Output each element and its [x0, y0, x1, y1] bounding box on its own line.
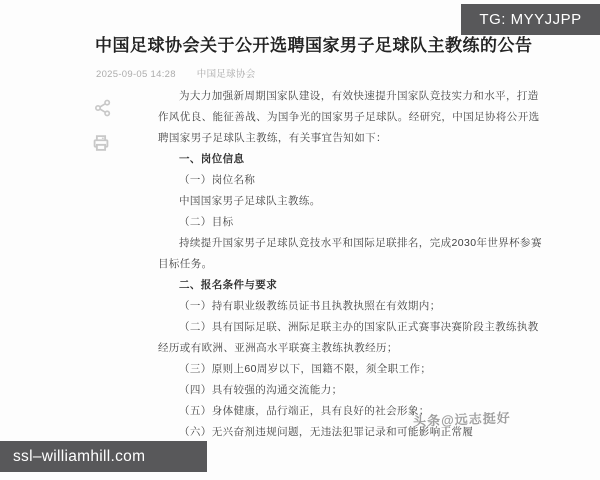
ssl-watermark-badge: ssl–williamhill.com — [0, 441, 207, 472]
list-item: （三）原则上60周岁以下，国籍不限，须全职工作； — [158, 359, 548, 380]
article-title: 中国足球协会关于公开选聘国家男子足球队主教练的公告 — [95, 34, 535, 58]
list-item: （四）具有较强的沟通交流能力； — [158, 380, 548, 401]
list-item: （一）持有职业级教练员证书且执教执照在有效期内； — [158, 296, 548, 317]
article-paragraph: 为大力加强新周期国家队建设，有效快速提升国家队竞技实力和水平，打造作风优良、能征… — [158, 86, 548, 149]
list-item: （六）无兴奋剂违规问题，无违法犯罪记录和可能影响正常履 — [158, 422, 548, 443]
share-button[interactable] — [90, 95, 116, 121]
list-item: （二）目标 — [158, 212, 548, 233]
article-page: 中国足球协会关于公开选聘国家男子足球队主教练的公告 2025-09-05 14:… — [0, 0, 600, 480]
source-name[interactable]: 中国足球协会 — [197, 69, 256, 80]
section-heading: 二、报名条件与要求 — [158, 275, 548, 296]
print-button[interactable] — [88, 130, 114, 156]
section-heading: 一、岗位信息 — [158, 149, 548, 170]
list-item: （五）身体健康，品行端正，具有良好的社会形象； — [158, 401, 548, 422]
article-body: 为大力加强新周期国家队建设，有效快速提升国家队竞技实力和水平，打造作风优良、能征… — [158, 86, 548, 443]
tg-watermark-badge: TG: MYYJJPP — [461, 4, 600, 35]
article-paragraph: 中国国家男子足球队主教练。 — [158, 191, 548, 212]
printer-icon — [90, 132, 112, 154]
article-paragraph: 持续提升国家男子足球队竞技水平和国际足联排名，完成2030年世界杯参赛目标任务。 — [158, 233, 548, 275]
article-meta: 2025-09-05 14:28 中国足球协会 — [96, 66, 256, 80]
list-item: （一）岗位名称 — [158, 170, 548, 191]
share-nodes-icon — [93, 98, 113, 118]
publish-date: 2025-09-05 14:28 — [96, 69, 176, 80]
list-item: （二）具有国际足联、洲际足联主办的国家队正式赛事决赛阶段主教练执教经历或有欧洲、… — [158, 317, 548, 359]
